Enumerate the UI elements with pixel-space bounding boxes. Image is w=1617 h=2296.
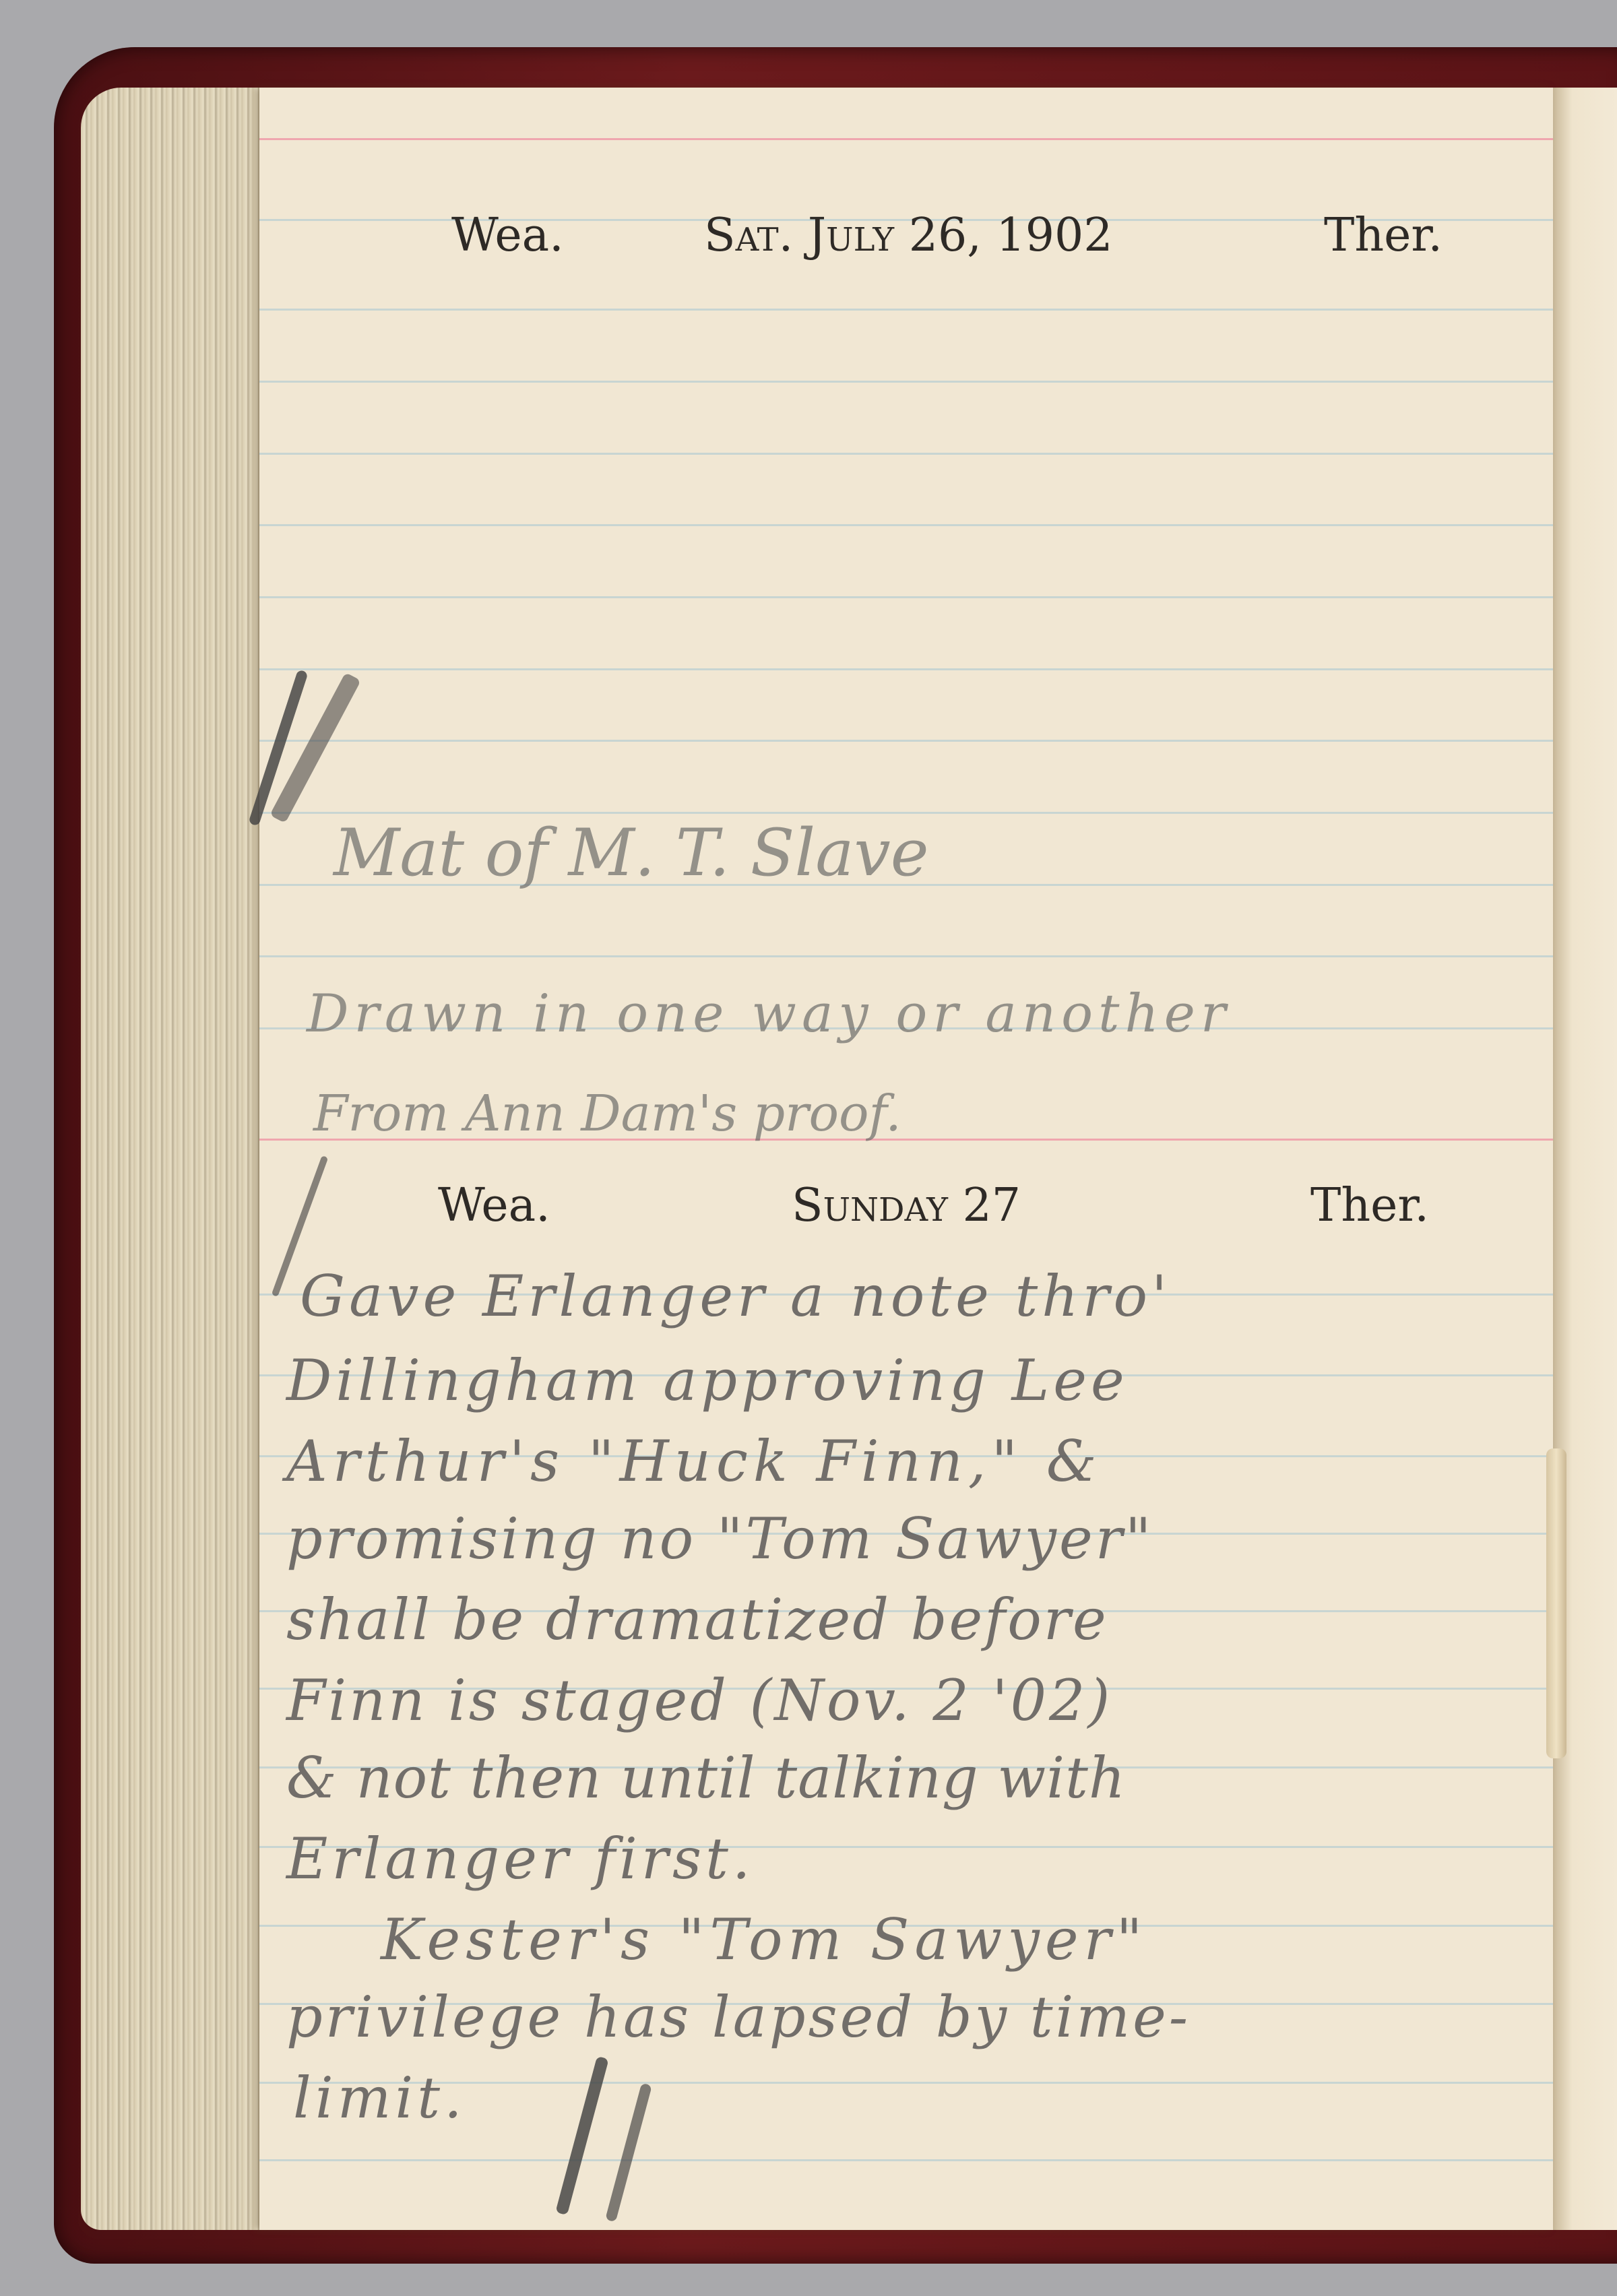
weather-label: Wea. (451, 209, 564, 262)
ruled-line (259, 740, 1553, 742)
handwritten-line: privilege has lapsed by time- (286, 1984, 1191, 2050)
date-label: Sunday 27 (792, 1179, 1021, 1232)
ruled-line (259, 309, 1553, 311)
facing-page-edge (1553, 88, 1617, 2230)
ruled-line (259, 453, 1553, 455)
handwritten-line: limit. (293, 2065, 466, 2131)
ruled-line (259, 2159, 1553, 2161)
handwritten-line: Gave Erlanger a note thro' (300, 1263, 1171, 1329)
handwritten-line: Kester's "Tom Sawyer" (381, 1907, 1147, 1973)
handwritten-line: Dillingham approving Lee (286, 1347, 1129, 1413)
gutter-paper-tear (1546, 1448, 1566, 1758)
ruled-line (259, 524, 1553, 526)
handwritten-line: Drawn in one way or another (307, 984, 1231, 1044)
diary-page: Wea. Sat. July 26, 1902 Ther. Mat of M. … (259, 88, 1553, 2230)
handwritten-line: promising no "Tom Sawyer" (286, 1506, 1153, 1572)
handwritten-line: & not then until talking with (286, 1745, 1126, 1811)
saturday-header: Wea. Sat. July 26, 1902 Ther. (259, 209, 1553, 269)
page-stack-edge (81, 88, 276, 2230)
handwritten-line: Finn is staged (Nov. 2 '02) (286, 1667, 1112, 1733)
pencil-margin-mark-icon (555, 2056, 609, 2215)
pencil-margin-mark-icon (605, 2083, 652, 2223)
ruled-line (259, 596, 1553, 598)
ruled-line (259, 381, 1553, 383)
top-red-rule (259, 138, 1553, 140)
handwritten-line: Mat of M. T. Slave (334, 815, 929, 891)
handwritten-line: Arthur's "Huck Finn," & (286, 1428, 1102, 1494)
handwritten-line: From Ann Dam's proof. (313, 1085, 901, 1143)
date-label: Sat. July 26, 1902 (704, 209, 1113, 262)
handwritten-line: Erlanger first. (286, 1826, 755, 1892)
ruled-line (259, 668, 1553, 670)
ruled-line (259, 955, 1553, 957)
thermometer-label: Ther. (1310, 1179, 1429, 1232)
weather-label: Wea. (438, 1179, 550, 1232)
handwritten-line: shall be dramatized before (286, 1587, 1108, 1653)
ruled-line (259, 812, 1553, 814)
thermometer-label: Ther. (1324, 209, 1442, 262)
sunday-header: Wea. Sunday 27 Ther. (259, 1179, 1553, 1240)
